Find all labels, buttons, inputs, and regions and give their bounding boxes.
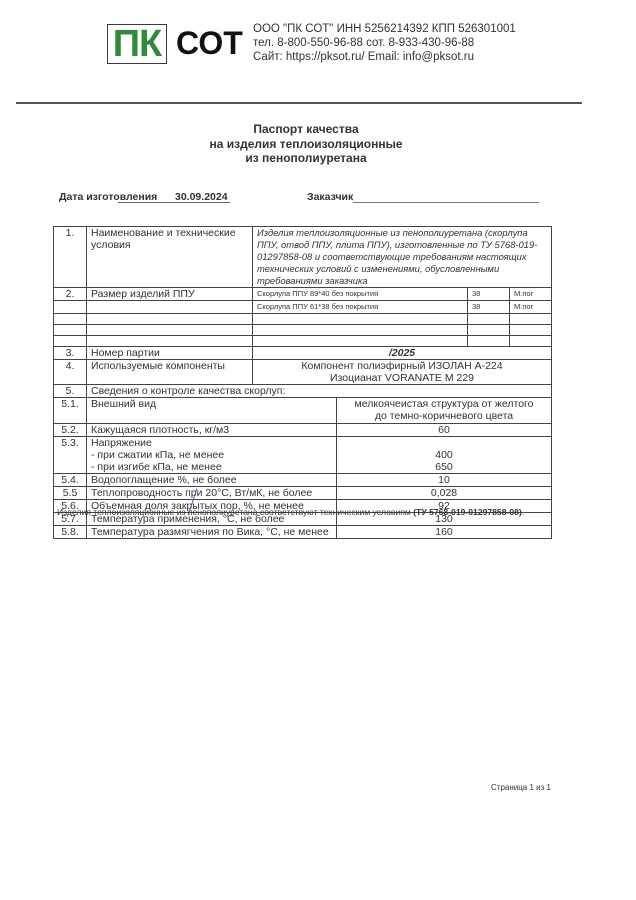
quality-parameter-label: Напряжение- при сжатии кПа, не менее- пр… — [87, 437, 337, 474]
empty-cell — [54, 336, 87, 347]
company-line-phone: тел. 8-800-550-96-88 сот. 8-933-430-96-8… — [253, 36, 516, 50]
label-line: - при сжатии кПа, не менее — [91, 449, 332, 461]
logo-text-pk: ПК — [113, 25, 162, 63]
row-number: 5. — [54, 385, 87, 398]
row-number: 5.3. — [54, 437, 87, 474]
empty-cell — [54, 301, 87, 314]
row-number: 5.8. — [54, 526, 87, 539]
size-item-name: Скорлупа ППУ 61*38 без покрытия — [253, 301, 468, 314]
company-line-legal: ООО "ПК СОТ" ИНН 5256214392 КПП 52630100… — [253, 22, 516, 36]
table-row-empty — [54, 325, 552, 336]
table-row-empty — [54, 314, 552, 325]
company-line-web: Сайт: https://pksot.ru/ Email: info@pkso… — [253, 50, 516, 64]
value-line: 10 — [341, 474, 547, 486]
label-line: Температура размягчения по Вика, °С, не … — [91, 526, 332, 538]
value-line: 160 — [341, 526, 547, 538]
conformity-spec: (ТУ 5768-019-01297858-08) — [413, 507, 522, 517]
title-line-3: из пенополиуретана — [0, 151, 612, 166]
quality-parameter-label: Водопоглащение %, не более — [87, 474, 337, 487]
page-number: Страница 1 из 1 — [491, 783, 551, 792]
conformity-end: . — [522, 507, 524, 517]
empty-cell — [87, 314, 253, 325]
row-number: 2. — [54, 288, 87, 301]
table-row-batch: 3. Номер партии /2025 — [54, 347, 552, 360]
empty-cell — [253, 336, 468, 347]
batch-number-value: /2025 — [253, 347, 552, 360]
row-value-product-description: Изделия теплоизоляционные из пенополиуре… — [253, 227, 552, 288]
title-line-1: Паспорт качества — [0, 122, 612, 137]
row-number: 1. — [54, 227, 87, 288]
label-line: Теплопроводность при 20°С, Вт/мК, не бол… — [91, 487, 332, 499]
components-value: Компонент полиэфирный ИЗОЛАН А-224 Изоци… — [253, 360, 552, 385]
label-line: Кажущаяся плотность, кг/м3 — [91, 424, 332, 436]
table-row-size-1: 2. Размер изделий ППУ Скорлупа ППУ 89*40… — [54, 288, 552, 301]
value-line: 400 — [341, 449, 547, 461]
empty-cell — [510, 325, 552, 336]
customer-underline — [353, 202, 539, 203]
size-item-unit: М.пог — [510, 301, 552, 314]
size-item-qty: 38 — [468, 301, 510, 314]
conformity-statement: Изделия теплоизоляционные из пенополиуре… — [57, 507, 524, 517]
customer-label: Заказчик — [307, 191, 353, 203]
quality-parameter-value: мелкоячеистая структура от желтогодо тем… — [337, 398, 552, 424]
table-row-quality-header: 5. Сведения о контроле качества скорлуп: — [54, 385, 552, 398]
empty-cell — [253, 325, 468, 336]
document-title: Паспорт качества на изделия теплоизоляци… — [0, 122, 612, 166]
quality-parameter-value: 10 — [337, 474, 552, 487]
table-row-quality: 5.3.Напряжение- при сжатии кПа, не менее… — [54, 437, 552, 474]
company-details: ООО "ПК СОТ" ИНН 5256214392 КПП 52630100… — [253, 22, 516, 64]
quality-parameter-label: Теплопроводность при 20°С, Вт/мК, не бол… — [87, 487, 337, 500]
size-item-name: Скорлупа ППУ 89*40 без покрытия — [253, 288, 468, 301]
quality-parameter-value: 400650 — [337, 437, 552, 474]
table-row-quality: 5.4.Водопоглащение %, не более10 — [54, 474, 552, 487]
quality-passport-table: 1. Наименование и технические условия Из… — [53, 226, 552, 539]
value-line: 60 — [341, 424, 547, 436]
empty-cell — [468, 314, 510, 325]
empty-cell — [253, 314, 468, 325]
empty-cell — [510, 336, 552, 347]
label-line: Внешний вид — [91, 398, 332, 410]
row-label: Используемые компоненты — [87, 360, 253, 385]
company-logo-mark: ПК — [107, 24, 167, 64]
quality-parameter-value: 0,028 — [337, 487, 552, 500]
label-line: Напряжение — [91, 437, 332, 449]
row-label: Номер партии — [87, 347, 253, 360]
quality-parameter-label: Внешний вид — [87, 398, 337, 424]
row-number: 5.1. — [54, 398, 87, 424]
row-number: 4. — [54, 360, 87, 385]
conformity-text: Изделия теплоизоляционные из пенополиуре… — [57, 507, 413, 517]
empty-cell — [87, 325, 253, 336]
table-row-name: 1. Наименование и технические условия Из… — [54, 227, 552, 288]
size-item-qty: 38 — [468, 288, 510, 301]
value-line: 0,028 — [341, 487, 547, 499]
empty-cell — [54, 325, 87, 336]
empty-cell — [87, 301, 253, 314]
quality-parameter-label: Кажущаяся плотность, кг/м3 — [87, 424, 337, 437]
table-row-empty — [54, 336, 552, 347]
table-row-quality: 5.5Теплопроводность при 20°С, Вт/мК, не … — [54, 487, 552, 500]
row-label: Сведения о контроле качества скорлуп: — [87, 385, 552, 398]
title-line-2: на изделия теплоизоляционные — [0, 137, 612, 152]
logo-text-sot: СОТ — [176, 27, 243, 59]
table-row-quality: 5.1.Внешний видмелкоячеистая структура о… — [54, 398, 552, 424]
quality-parameter-value: 60 — [337, 424, 552, 437]
empty-cell — [468, 325, 510, 336]
value-line — [341, 437, 547, 449]
row-label: Наименование и технические условия — [87, 227, 253, 288]
value-line: до темно-коричневого цвета — [341, 410, 547, 422]
table-row-components: 4. Используемые компоненты Компонент пол… — [54, 360, 552, 385]
manufacture-date-underline — [118, 202, 230, 203]
empty-cell — [468, 336, 510, 347]
row-label: Размер изделий ППУ — [87, 288, 253, 301]
component-polyol: Компонент полиэфирный ИЗОЛАН А-224 — [257, 360, 547, 372]
table-row-quality: 5.8.Температура размягчения по Вика, °С,… — [54, 526, 552, 539]
table-row-quality: 5.2.Кажущаяся плотность, кг/м360 — [54, 424, 552, 437]
row-number: 5.2. — [54, 424, 87, 437]
row-number: 5.4. — [54, 474, 87, 487]
component-isocyanate: Изоцианат VORANATE M 229 — [257, 372, 547, 384]
size-item-unit: М.пог — [510, 288, 552, 301]
label-line: Водопоглащение %, не более — [91, 474, 332, 486]
quality-rows: 5.1.Внешний видмелкоячеистая структура о… — [54, 398, 552, 539]
quality-parameter-value: 160 — [337, 526, 552, 539]
empty-cell — [54, 314, 87, 325]
value-line: 650 — [341, 461, 547, 473]
table-row-size-2: Скорлупа ППУ 61*38 без покрытия 38 М.пог — [54, 301, 552, 314]
empty-cell — [510, 314, 552, 325]
row-number: 3. — [54, 347, 87, 360]
value-line: мелкоячеистая структура от желтого — [341, 398, 547, 410]
quality-parameter-label: Температура размягчения по Вика, °С, не … — [87, 526, 337, 539]
row-number: 5.5 — [54, 487, 87, 500]
header-divider — [16, 102, 582, 104]
empty-cell — [87, 336, 253, 347]
label-line: - при изгибе кПа, не менее — [91, 461, 332, 473]
